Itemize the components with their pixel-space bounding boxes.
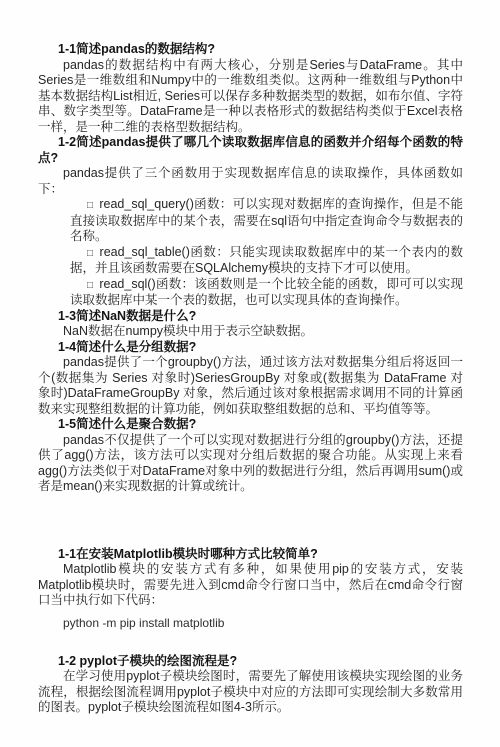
square-bullet-icon: □: [87, 280, 99, 291]
question-heading-pandas-1-4: 1-4简述什么是分组数据?: [38, 340, 463, 356]
bullet-text: read_sql_table()函数：只能实现读取数据库中的某一个表内的数据，并…: [70, 245, 463, 276]
answer-intro-pandas-1-2: pandas提供了三个函数用于实现数据库信息的读取操作，具体函数如下：: [38, 166, 463, 197]
bullet-item-read-sql: □read_sql()函数：该函数则是一个比较全能的函数，即可可以实现读取数据库…: [70, 277, 463, 309]
bullet-text: read_sql_query()函数：可以实现对数据库的查询操作，但是不能直接读…: [70, 197, 463, 243]
square-bullet-icon: □: [87, 248, 100, 259]
square-bullet-icon: □: [87, 200, 99, 211]
answer-paragraph-pandas-1-5: pandas不仅提供了一个可以实现对数据进行分组的groupby()方法，还提供…: [38, 433, 463, 495]
bullet-text: read_sql()函数：该函数则是一个比较全能的函数，即可可以实现读取数据库中…: [70, 277, 463, 308]
bullet-item-read-sql-table: □read_sql_table()函数：只能实现读取数据库中的某一个表内的数据，…: [70, 245, 463, 277]
section-matplotlib: 1-1在安装Matplotlib模块时哪种方式比较简单? Matplotlib模…: [38, 547, 463, 716]
answer-paragraph-matplotlib-1-2: 在学习使用pyplot子模块绘图时，需要先了解使用该模块实现绘图的业务流程，根据…: [38, 669, 463, 716]
pip-install-command: python -m pip install matplotlib: [63, 616, 463, 631]
section-pandas: 1-1简述pandas的数据结构? pandas的数据结构中有两大核心，分别是S…: [38, 42, 463, 495]
question-heading-pandas-1-3: 1-3简述NaN数据是什么?: [38, 309, 463, 325]
answer-paragraph-pandas-1-3: NaN数据在numpy模块中用于表示空缺数据。: [38, 324, 463, 340]
question-heading-pandas-1-1: 1-1简述pandas的数据结构?: [38, 42, 463, 58]
answer-paragraph-matplotlib-1-1: Matplotlib模块的安装方式有多种，如果使用pip的安装方式，安装Matp…: [38, 562, 463, 609]
document-page: 1-1简述pandas的数据结构? pandas的数据结构中有两大核心，分别是S…: [0, 0, 500, 747]
question-heading-matplotlib-1-1: 1-1在安装Matplotlib模块时哪种方式比较简单?: [38, 547, 463, 563]
question-heading-pandas-1-5: 1-5简述什么是聚合数据?: [38, 417, 463, 433]
answer-paragraph-pandas-1-4: pandas提供了一个groupby()方法，通过该方法对数据集分组后将返回一个…: [38, 355, 463, 417]
question-heading-pandas-1-2: 1-2简述pandas提供了哪几个读取数据库信息的函数并介绍每个函数的特点?: [38, 135, 463, 166]
answer-paragraph-pandas-1-1: pandas的数据结构中有两大核心，分别是Series与DataFrame。其中…: [38, 58, 463, 136]
bullet-item-read-sql-query: □read_sql_query()函数：可以实现对数据库的查询操作，但是不能直接…: [70, 197, 463, 245]
question-heading-matplotlib-1-2: 1-2 pyplot子模块的绘图流程是?: [38, 654, 463, 670]
